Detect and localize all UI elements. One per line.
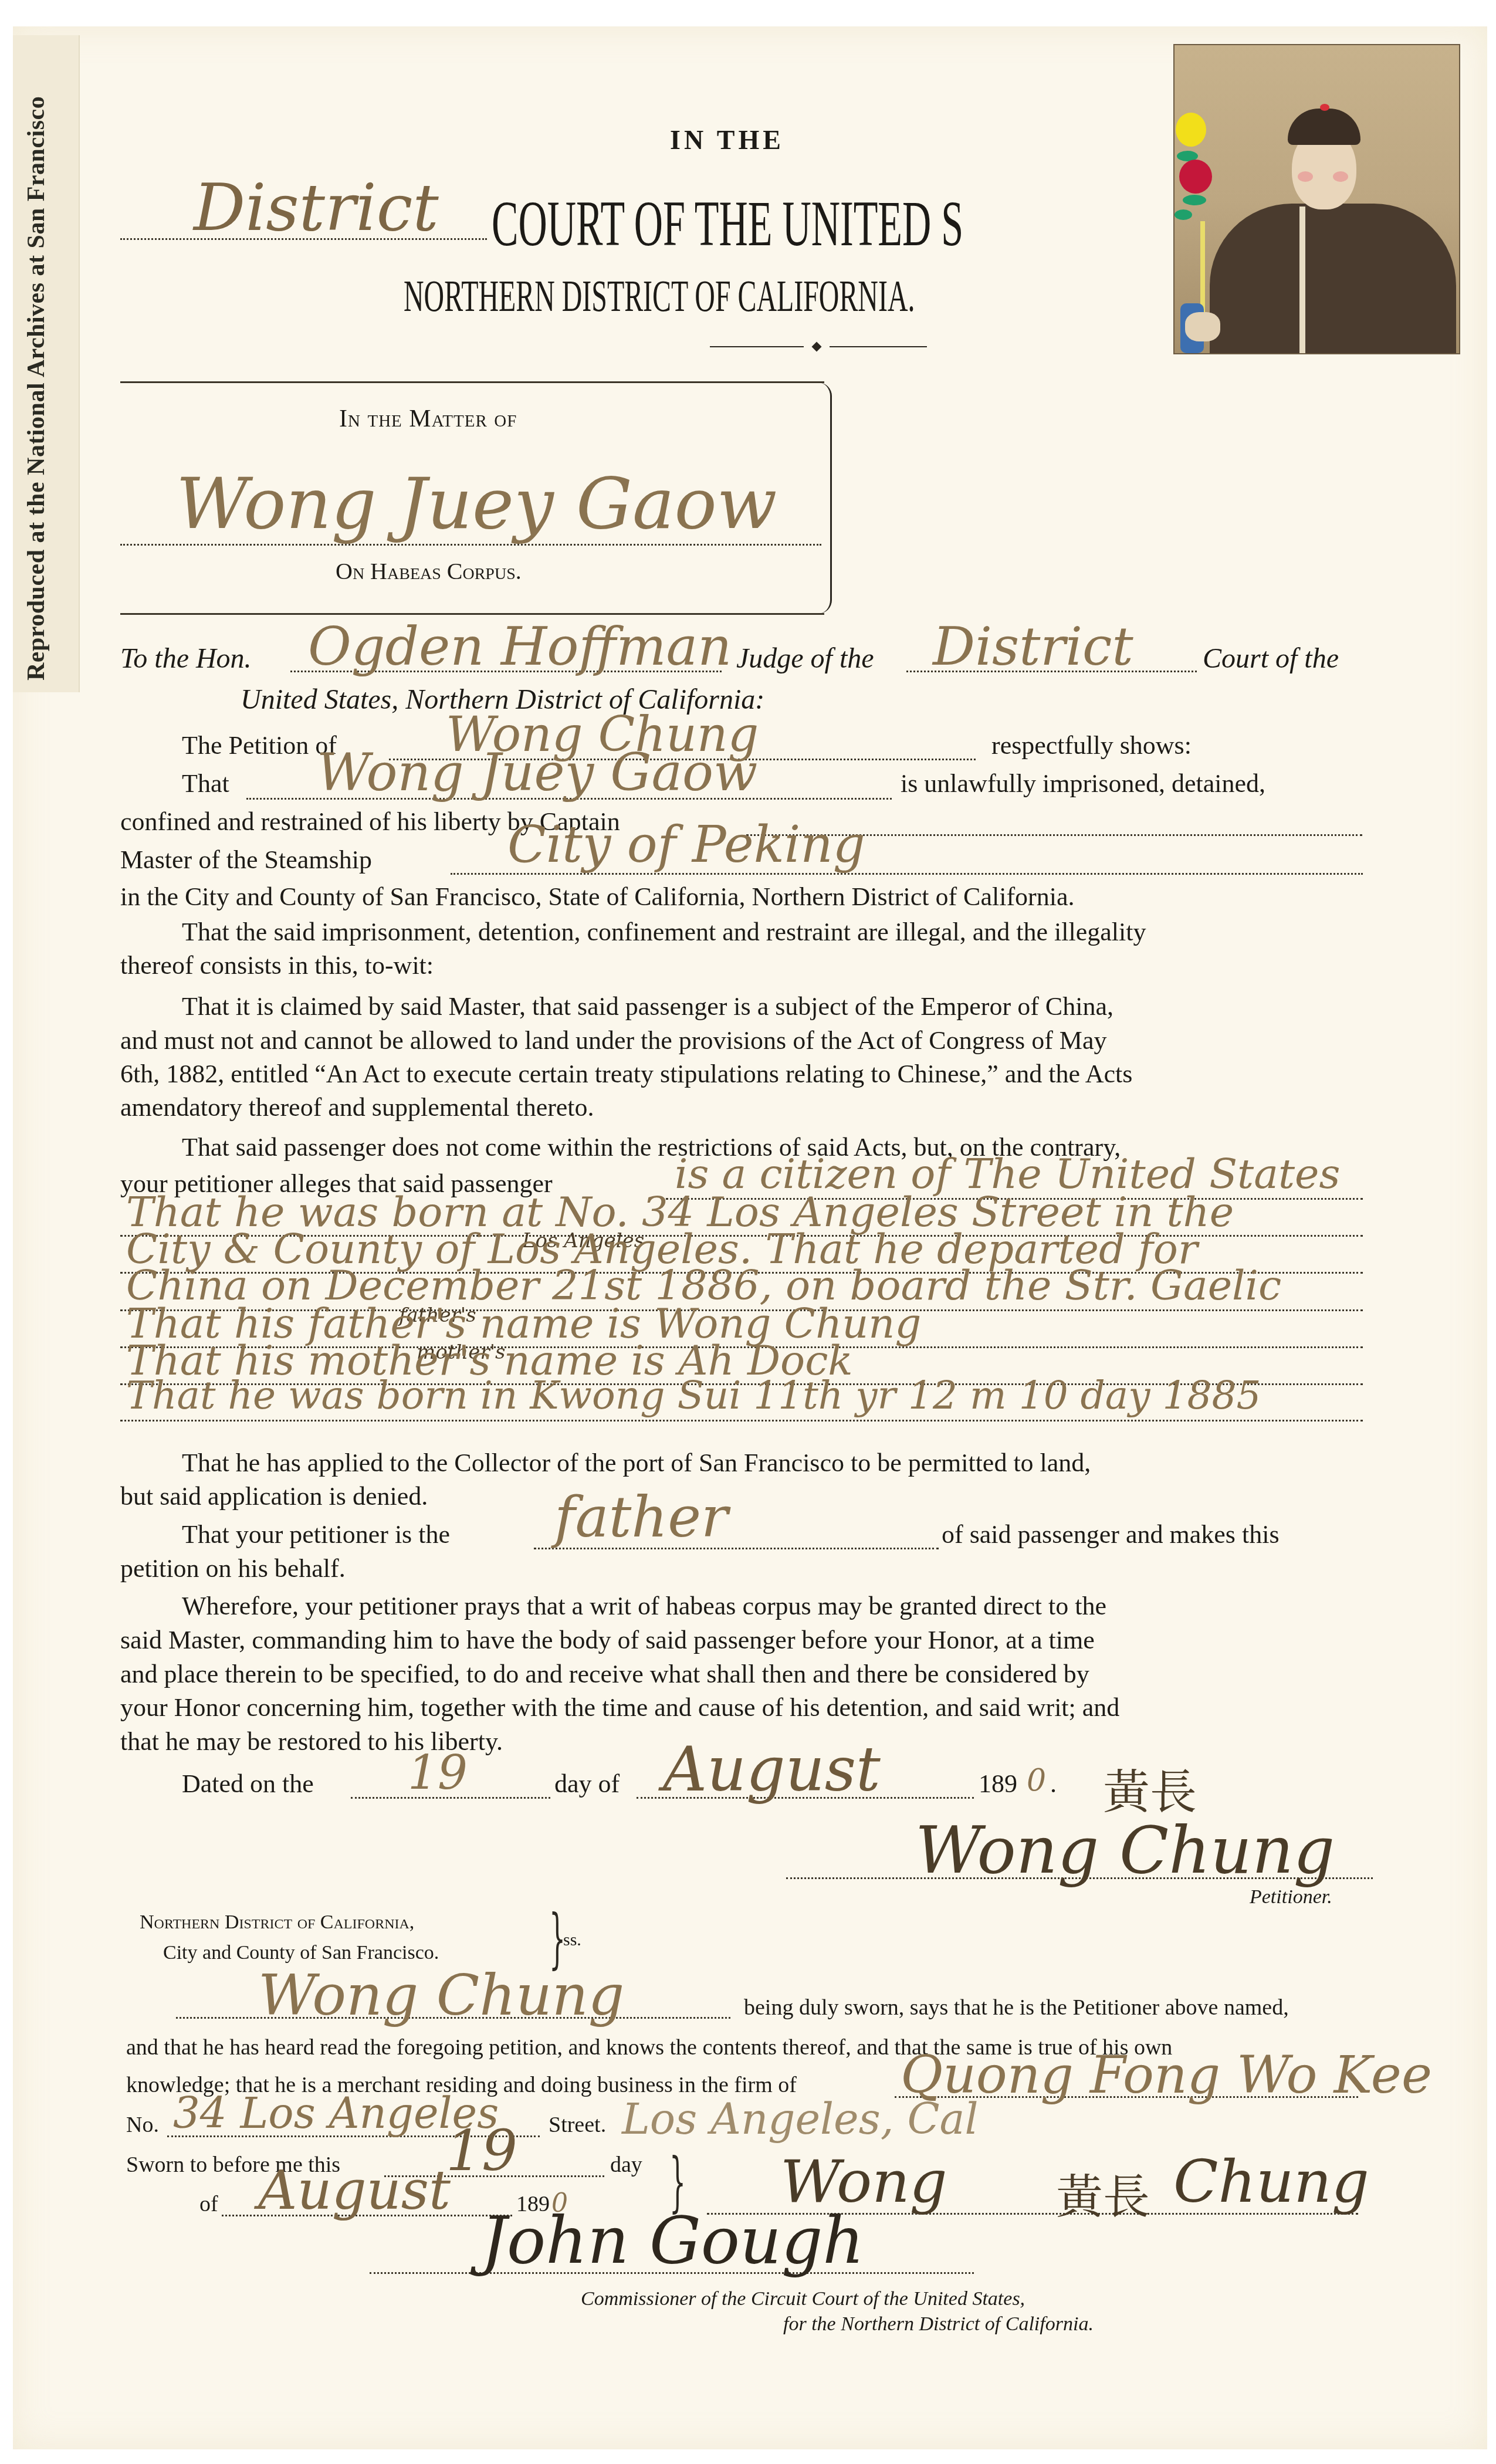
petitioner-signature-text: Wong Chung — [915, 1813, 1335, 1888]
chinese-signature: 黃長 — [1103, 1754, 1197, 1822]
of-label: of — [199, 2191, 218, 2217]
court-title-text: COURT OF THE UNITED S — [492, 187, 963, 261]
sworn-line-1: being duly sworn, says that he is the Pe… — [744, 1995, 1289, 2020]
venue-line-1-text: Northern District of California, — [140, 1911, 414, 1933]
relation-handwritten: father — [554, 1484, 728, 1550]
relation-line-2: petition on his behalf. — [120, 1553, 346, 1583]
judge-of-the-label: Judge of the — [736, 642, 874, 675]
court-of-the-label: Court of the — [1203, 642, 1339, 675]
relation-label: That your petitioner is the — [182, 1519, 450, 1549]
judge-name-handwritten: Ogden Hoffman — [308, 616, 732, 678]
affiant-chinese-signature: 黃長 — [1056, 2159, 1150, 2226]
applied-line-1: That he has applied to the Collector of … — [182, 1448, 1091, 1478]
matter-subtitle: On Habeas Corpus. — [336, 557, 522, 585]
commissioner-signature-handwritten: John Gough — [481, 2203, 864, 2278]
dated-day-of: day of — [554, 1769, 620, 1799]
matter-subtitle-text: On Habeas Corpus. — [336, 558, 522, 584]
matter-box-top-rule — [120, 381, 824, 383]
court-name-handwritten: District — [933, 616, 1133, 678]
wherefore-line-1: Wherefore, your petitioner prays that a … — [182, 1591, 1106, 1621]
district-title-text: NORTHERN DISTRICT OF CALIFORNIA. — [404, 271, 915, 322]
dated-year-handwritten: 0 — [1027, 1763, 1046, 1798]
illegal-line-2: thereof consists in this, to-wit: — [120, 950, 434, 980]
master-label: Master of the Steamship — [120, 845, 372, 875]
applied-line-2: but said application is denied. — [120, 1481, 428, 1511]
allegation-line-6 — [120, 1420, 1363, 1421]
dated-day-handwritten: 19 — [408, 1745, 468, 1800]
dated-label: Dated on the — [182, 1769, 314, 1799]
commissioner-title-1: Commissioner of the Circuit Court of the… — [581, 2288, 1025, 2310]
dated-period: . — [1050, 1769, 1057, 1799]
header-in-the: IN THE — [670, 124, 784, 155]
matter-box-bracket — [818, 383, 832, 614]
venue-line-2: City and County of San Francisco. — [163, 1942, 439, 1964]
petition-of-label: The Petition of — [182, 730, 337, 760]
wherefore-line-4: your Honor concerning him, together with… — [120, 1693, 1119, 1722]
to-the-hon-label: To the Hon. — [120, 642, 252, 675]
sworn-day-handwritten: 19 — [446, 2118, 517, 2184]
passenger-name-handwritten: Wong Juey Gaow — [317, 742, 757, 803]
wherefore-line-3: and place therein to be specified, to do… — [120, 1659, 1089, 1689]
claim-line-2: and must not and cannot be allowed to la… — [120, 1025, 1106, 1055]
court-title: COURT OF THE UNITED S — [492, 187, 1253, 261]
street-label: Street. — [549, 2112, 606, 2138]
city-handwritten: Los Angeles, Cal — [622, 2094, 978, 2144]
portrait-photo — [1173, 44, 1460, 354]
wherefore-line-2: said Master, commanding him to have the … — [120, 1625, 1095, 1655]
header-ornament — [710, 343, 927, 350]
sworn-month-handwritten: August — [258, 2159, 451, 2222]
affiant-name-handwritten: Wong Chung — [258, 1962, 624, 2028]
day-label: day — [610, 2152, 642, 2178]
relation-tail: of said passenger and makes this — [942, 1519, 1280, 1549]
dated-year-printed: 189 — [979, 1769, 1017, 1799]
matter-name-handwritten: Wong Juey Gaow — [176, 463, 777, 545]
firm-name-handwritten: Quong Fong Wo Kee — [901, 2045, 1432, 2105]
that-label: That — [182, 769, 229, 798]
venue-line-1: Northern District of California, — [140, 1911, 414, 1934]
venue-ss: ss. — [563, 1930, 581, 1950]
unlawfully-text: is unlawfully imprisoned, detained, — [901, 769, 1265, 798]
matter-label: In the Matter of — [339, 405, 517, 433]
petitioner-label: Petitioner. — [1250, 1886, 1332, 1908]
claim-line-4: amendatory thereof and supplemental ther… — [120, 1092, 594, 1122]
illegal-line-1: That the said imprisonment, detention, c… — [182, 917, 1146, 947]
matter-box-bottom-rule — [120, 613, 824, 615]
district-title: NORTHERN DISTRICT OF CALIFORNIA. — [404, 271, 1215, 322]
no-label: No. — [126, 2112, 159, 2138]
affiant-signature-2: Chung — [1173, 2147, 1369, 2216]
archive-stamp-text: Reproduced at the National Archives at S… — [22, 96, 50, 681]
court-type-handwritten: District — [194, 170, 439, 245]
commissioner-title-2: for the Northern District of California. — [783, 2313, 1094, 2336]
petitioner-signature-handwritten: Wong Chung — [915, 1813, 1335, 1888]
steamship-handwritten: City of Peking — [507, 815, 865, 874]
matter-label-text: In the Matter of — [339, 405, 517, 432]
allegation-handwritten-6: That he was born in Kwong Sui 11th yr 12… — [126, 1373, 1261, 1418]
claim-line-1: That it is claimed by said Master, that … — [182, 991, 1113, 1021]
city-line: in the City and County of San Francisco,… — [120, 882, 1074, 912]
claim-line-3: 6th, 1882, entitled “An Act to execute c… — [120, 1059, 1132, 1089]
respectfully-label: respectfully shows: — [991, 730, 1192, 760]
dated-month-handwritten: August — [663, 1734, 881, 1805]
